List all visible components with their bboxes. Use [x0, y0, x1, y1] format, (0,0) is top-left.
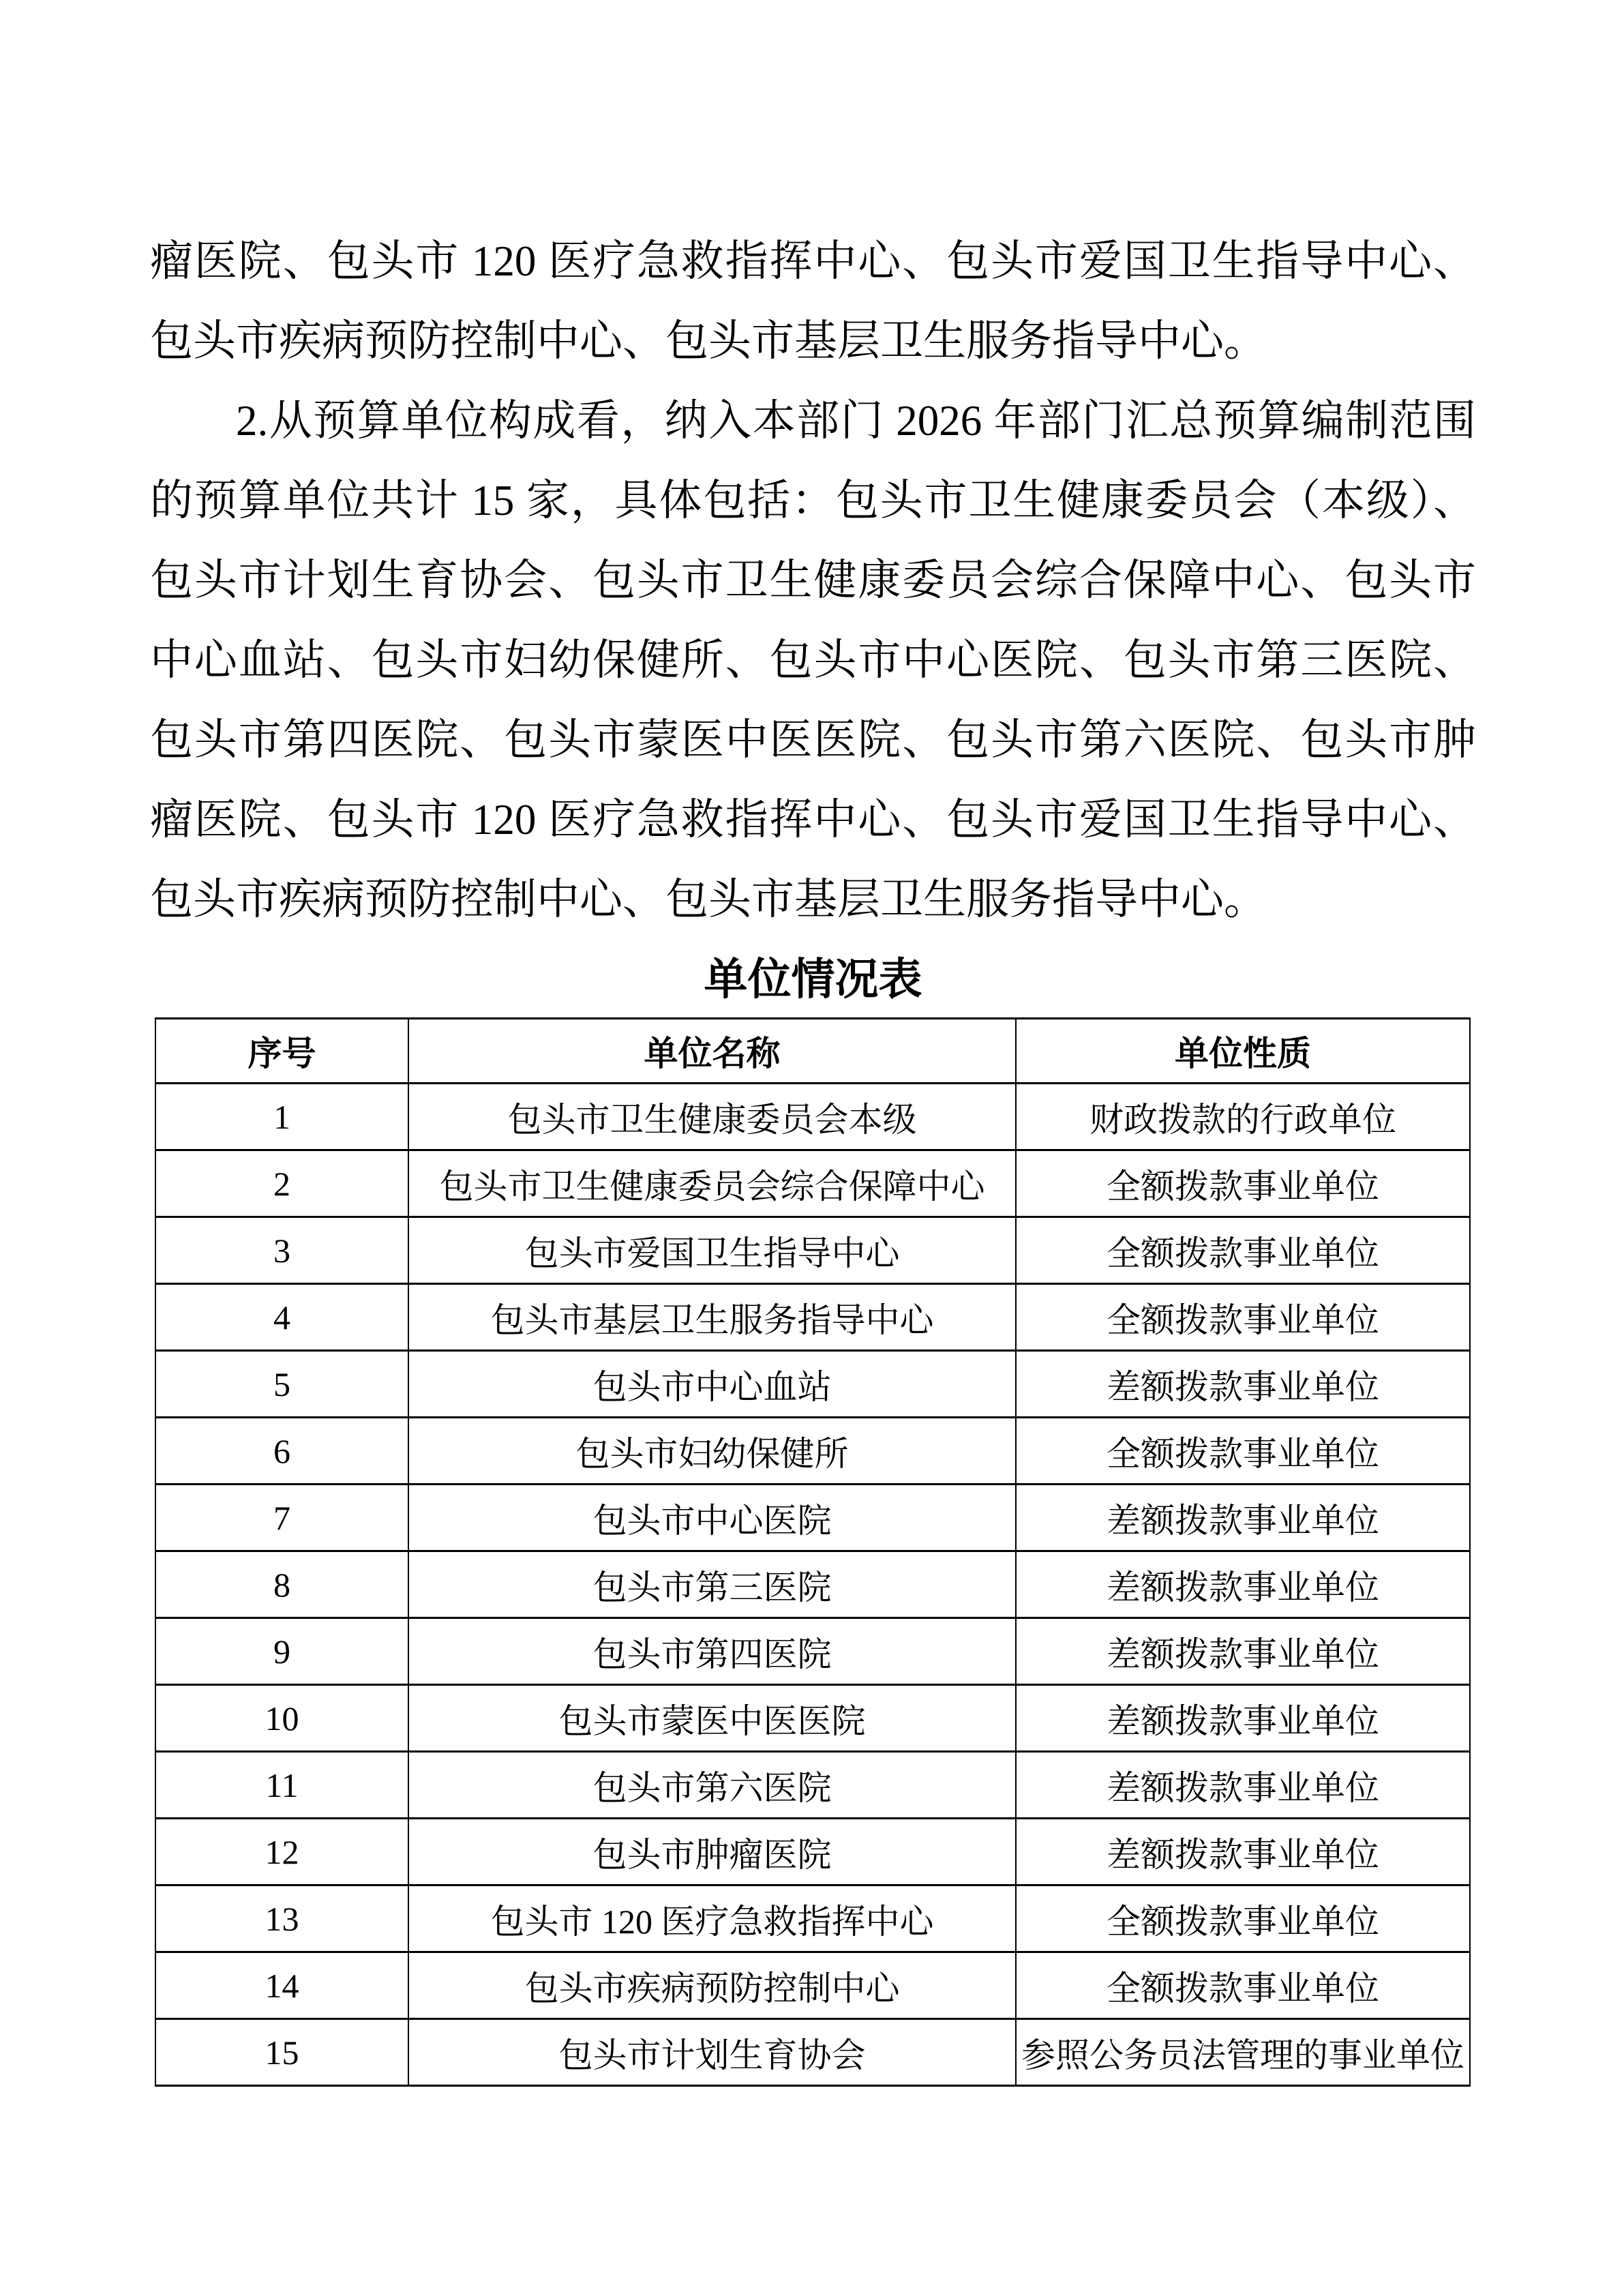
- cell-serial: 3: [155, 1217, 408, 1284]
- header-serial-number: 序号: [155, 1019, 408, 1084]
- cell-unit-name: 包头市疾病预防控制中心: [408, 1952, 1016, 2019]
- cell-unit-name: 包头市基层卫生服务指导中心: [408, 1284, 1016, 1351]
- body-text: 瘤医院、包头市 120 医疗急救指挥中心、包头市爱国卫生指导中心、 包头市疾病预…: [150, 222, 1476, 1019]
- paragraph-line: 包头市第四医院、包头市蒙医中医医院、包头市第六医院、包头市肿: [150, 700, 1476, 780]
- paragraph-line: 2.从预算单位构成看，纳入本部门 2026 年部门汇总预算编制范围: [150, 381, 1476, 461]
- cell-serial: 4: [155, 1284, 408, 1351]
- cell-serial: 5: [155, 1351, 408, 1418]
- table-row: 13 包头市 120 医疗急救指挥中心 全额拨款事业单位: [155, 1885, 1470, 1952]
- cell-unit-nature: 差额拨款事业单位: [1016, 1618, 1470, 1685]
- cell-unit-name: 包头市中心医院: [408, 1485, 1016, 1551]
- paragraph-line: 瘤医院、包头市 120 医疗急救指挥中心、包头市爱国卫生指导中心、: [150, 780, 1476, 860]
- paragraph-line: 包头市疾病预防控制中心、包头市基层卫生服务指导中心。: [150, 301, 1476, 381]
- table-row: 4 包头市基层卫生服务指导中心 全额拨款事业单位: [155, 1284, 1470, 1351]
- cell-serial: 6: [155, 1418, 408, 1485]
- table-row: 1 包头市卫生健康委员会本级 财政拨款的行政单位: [155, 1084, 1470, 1150]
- table-header-row: 序号 单位名称 单位性质: [155, 1019, 1470, 1084]
- cell-unit-name: 包头市肿瘤医院: [408, 1819, 1016, 1885]
- cell-unit-name: 包头市第四医院: [408, 1618, 1016, 1685]
- paragraph-line: 瘤医院、包头市 120 医疗急救指挥中心、包头市爱国卫生指导中心、: [150, 222, 1476, 301]
- cell-serial: 15: [155, 2019, 408, 2086]
- paragraph-line: 中心血站、包头市妇幼保健所、包头市中心医院、包头市第三医院、: [150, 621, 1476, 700]
- table-row: 15 包头市计划生育协会 参照公务员法管理的事业单位: [155, 2019, 1470, 2086]
- cell-serial: 11: [155, 1752, 408, 1819]
- cell-unit-name: 包头市中心血站: [408, 1351, 1016, 1418]
- paragraph-line: 的预算单位共计 15 家，具体包括：包头市卫生健康委员会（本级）、: [150, 461, 1476, 541]
- cell-unit-name: 包头市计划生育协会: [408, 2019, 1016, 2086]
- table-row: 10 包头市蒙医中医医院 差额拨款事业单位: [155, 1685, 1470, 1752]
- cell-unit-name: 包头市卫生健康委员会本级: [408, 1084, 1016, 1150]
- cell-unit-nature: 参照公务员法管理的事业单位: [1016, 2019, 1470, 2086]
- table-row: 6 包头市妇幼保健所 全额拨款事业单位: [155, 1418, 1470, 1485]
- table-row: 3 包头市爱国卫生指导中心 全额拨款事业单位: [155, 1217, 1470, 1284]
- document-page: 瘤医院、包头市 120 医疗急救指挥中心、包头市爱国卫生指导中心、 包头市疾病预…: [0, 0, 1624, 2296]
- header-unit-name: 单位名称: [408, 1019, 1016, 1084]
- table-row: 11 包头市第六医院 差额拨款事业单位: [155, 1752, 1470, 1819]
- cell-serial: 1: [155, 1084, 408, 1150]
- cell-unit-name: 包头市第三医院: [408, 1551, 1016, 1618]
- cell-serial: 2: [155, 1150, 408, 1217]
- cell-unit-nature: 差额拨款事业单位: [1016, 1685, 1470, 1752]
- cell-unit-name: 包头市 120 医疗急救指挥中心: [408, 1885, 1016, 1952]
- table-row: 7 包头市中心医院 差额拨款事业单位: [155, 1485, 1470, 1551]
- paragraph-line: 包头市计划生育协会、包头市卫生健康委员会综合保障中心、包头市: [150, 541, 1476, 621]
- cell-unit-nature: 全额拨款事业单位: [1016, 1418, 1470, 1485]
- unit-info-table: 序号 单位名称 单位性质 1 包头市卫生健康委员会本级 财政拨款的行政单位 2 …: [155, 1017, 1471, 2087]
- table-row: 8 包头市第三医院 差额拨款事业单位: [155, 1551, 1470, 1618]
- cell-unit-nature: 全额拨款事业单位: [1016, 1284, 1470, 1351]
- table-title: 单位情况表: [150, 940, 1476, 1019]
- cell-serial: 9: [155, 1618, 408, 1685]
- cell-serial: 13: [155, 1885, 408, 1952]
- cell-serial: 12: [155, 1819, 408, 1885]
- cell-unit-nature: 差额拨款事业单位: [1016, 1752, 1470, 1819]
- header-unit-nature: 单位性质: [1016, 1019, 1470, 1084]
- paragraph-line: 包头市疾病预防控制中心、包头市基层卫生服务指导中心。: [150, 860, 1476, 940]
- cell-unit-name: 包头市第六医院: [408, 1752, 1016, 1819]
- cell-unit-name: 包头市卫生健康委员会综合保障中心: [408, 1150, 1016, 1217]
- cell-serial: 14: [155, 1952, 408, 2019]
- cell-unit-nature: 差额拨款事业单位: [1016, 1485, 1470, 1551]
- table-row: 2 包头市卫生健康委员会综合保障中心 全额拨款事业单位: [155, 1150, 1470, 1217]
- cell-unit-nature: 差额拨款事业单位: [1016, 1551, 1470, 1618]
- table-row: 9 包头市第四医院 差额拨款事业单位: [155, 1618, 1470, 1685]
- cell-unit-nature: 全额拨款事业单位: [1016, 1150, 1470, 1217]
- cell-serial: 10: [155, 1685, 408, 1752]
- cell-unit-nature: 财政拨款的行政单位: [1016, 1084, 1470, 1150]
- cell-unit-nature: 全额拨款事业单位: [1016, 1952, 1470, 2019]
- cell-unit-name: 包头市蒙医中医医院: [408, 1685, 1016, 1752]
- cell-serial: 8: [155, 1551, 408, 1618]
- table-row: 5 包头市中心血站 差额拨款事业单位: [155, 1351, 1470, 1418]
- cell-unit-name: 包头市妇幼保健所: [408, 1418, 1016, 1485]
- cell-unit-nature: 全额拨款事业单位: [1016, 1217, 1470, 1284]
- cell-unit-name: 包头市爱国卫生指导中心: [408, 1217, 1016, 1284]
- cell-unit-nature: 差额拨款事业单位: [1016, 1351, 1470, 1418]
- table-row: 12 包头市肿瘤医院 差额拨款事业单位: [155, 1819, 1470, 1885]
- cell-unit-nature: 差额拨款事业单位: [1016, 1819, 1470, 1885]
- cell-unit-nature: 全额拨款事业单位: [1016, 1885, 1470, 1952]
- table-row: 14 包头市疾病预防控制中心 全额拨款事业单位: [155, 1952, 1470, 2019]
- cell-serial: 7: [155, 1485, 408, 1551]
